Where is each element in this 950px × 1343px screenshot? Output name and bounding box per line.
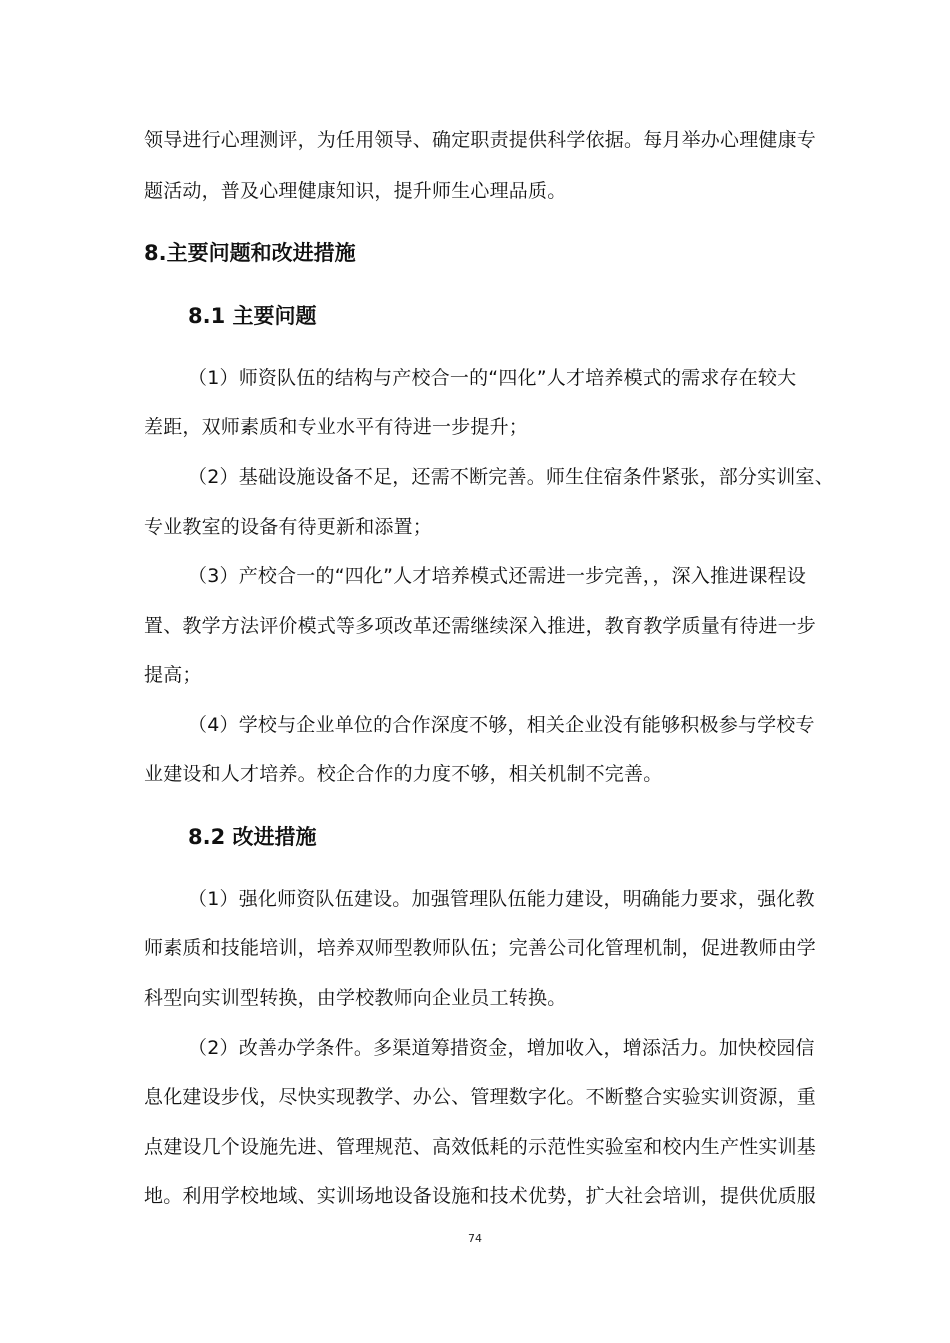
subsection-heading-8-2: 8.2 改进措施 (188, 824, 317, 850)
document-page: 领导进行心理测评，为任用领导、确定职责提供科学依据。每月举办心理健康专 题活动，… (0, 0, 950, 1343)
problem-3-line-2: 置、教学方法评价模式等多项改革还需继续深入推进，教育教学质量有待进一步 (144, 614, 816, 638)
measure-2-line-4: 地。利用学校地域、实训场地设备设施和技术优势，扩大社会培训，提供优质服 (144, 1184, 816, 1208)
problem-4-line-1: （4）学校与企业单位的合作深度不够，相关企业没有能够积极参与学校专 (188, 713, 815, 737)
page-number: 74 (0, 1232, 950, 1245)
section-heading-8: 8.主要问题和改进措施 (144, 240, 356, 266)
intro-line-1: 领导进行心理测评，为任用领导、确定职责提供科学依据。每月举办心理健康专 (144, 128, 816, 152)
problem-2-line-1: （2）基础设施设备不足，还需不断完善。师生住宿条件紧张，部分实训室、 (188, 465, 834, 489)
subsection-heading-8-1: 8.1 主要问题 (188, 303, 317, 329)
problem-3-line-1: （3）产校合一的“四化”人才培养模式还需进一步完善，，深入推进课程设 (188, 564, 806, 588)
measure-1-line-1: （1）强化师资队伍建设。加强管理队伍能力建设，明确能力要求，强化教 (188, 887, 815, 911)
problem-3-line-3: 提高； (144, 663, 202, 687)
measure-2-line-1: （2）改善办学条件。多渠道筹措资金，增加收入，增添活力。加快校园信 (188, 1036, 815, 1060)
problem-1-line-1: （1）师资队伍的结构与产校合一的“四化”人才培养模式的需求存在较大 (188, 366, 796, 390)
intro-line-2: 题活动，普及心理健康知识，提升师生心理品质。 (144, 179, 566, 203)
measure-2-line-2: 息化建设步伐，尽快实现教学、办公、管理数字化。不断整合实验实训资源，重 (144, 1085, 816, 1109)
measure-1-line-3: 科型向实训型转换，由学校教师向企业员工转换。 (144, 986, 566, 1010)
measure-1-line-2: 师素质和技能培训，培养双师型教师队伍；完善公司化管理机制，促进教师由学 (144, 936, 816, 960)
problem-4-line-2: 业建设和人才培养。校企合作的力度不够，相关机制不完善。 (144, 762, 662, 786)
measure-2-line-3: 点建设几个设施先进、管理规范、高效低耗的示范性实验室和校内生产性实训基 (144, 1135, 816, 1159)
problem-1-line-2: 差距，双师素质和专业水平有待进一步提升； (144, 415, 528, 439)
problem-2-line-2: 专业教室的设备有待更新和添置； (144, 515, 432, 539)
